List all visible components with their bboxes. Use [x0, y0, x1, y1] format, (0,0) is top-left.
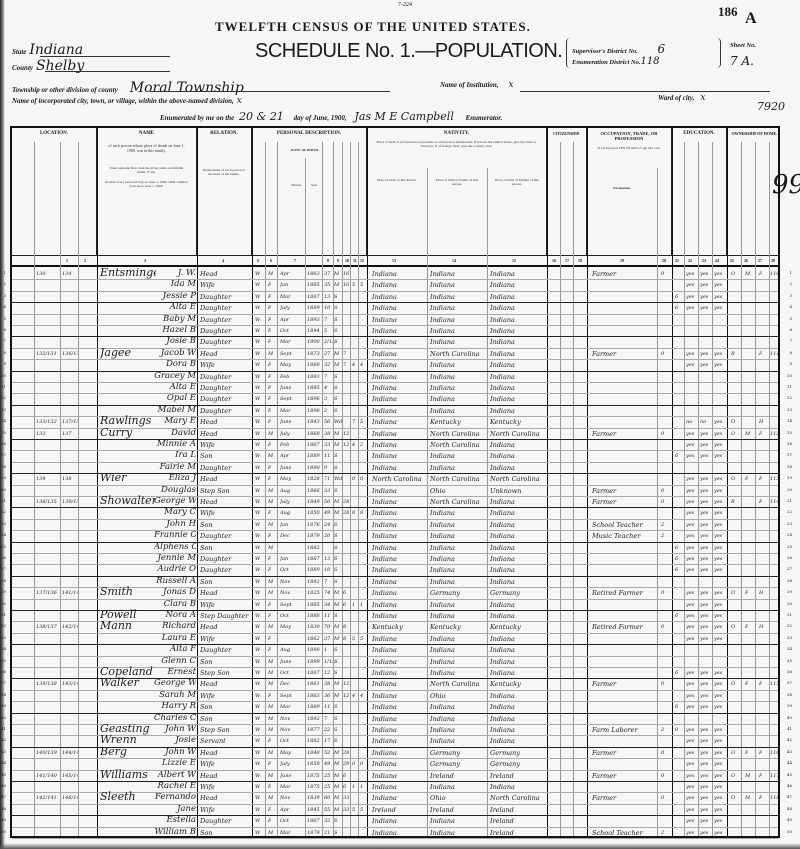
given-name: J. W. [154, 268, 196, 278]
sex: F [268, 738, 271, 744]
birthplace-mother: Indiana [490, 361, 547, 369]
relation: Head [200, 589, 252, 597]
age: 11 [324, 453, 333, 459]
birth-month: Sept [280, 351, 305, 357]
birth-year: 1896 [307, 396, 322, 402]
sex: F [268, 408, 271, 414]
sex: M [268, 271, 273, 277]
birth-year: 1839 [307, 795, 322, 801]
birth-month: Apr [280, 453, 305, 459]
relation: Head [200, 623, 252, 631]
can-write: yes [700, 784, 712, 790]
line-number-right: 2 [789, 281, 792, 286]
table-row: 37 139/138 143/142 Walker George W Head … [12, 679, 778, 690]
birth-month: May [280, 476, 305, 482]
table-row: 19 134 138 Wier Eliza J Head W F May 182… [12, 474, 778, 485]
table-row: 1 130 134 Entsminger J. W. Head W M Apr … [12, 269, 778, 280]
line-number-right: 27 [787, 566, 792, 571]
color: W [255, 419, 260, 425]
line-number: 7 [0, 338, 6, 343]
age: 5 [324, 328, 333, 334]
sex: M [268, 795, 273, 801]
given-name: Jennie M [154, 553, 196, 563]
farm-house: F [759, 750, 762, 756]
age: 35 [324, 282, 333, 288]
enumeration-label: Enumeration District No. [572, 59, 640, 66]
birth-month: May [280, 750, 305, 756]
line-number: 26 [0, 555, 6, 560]
age: 52 [324, 750, 333, 756]
line-number: 47 [0, 794, 6, 799]
birthplace-mother: Indiana [490, 464, 547, 472]
attended-school: 0 [675, 727, 678, 733]
birth-year: 1900 [307, 339, 322, 345]
farm-schedule: 115 [770, 681, 782, 687]
marital: S [334, 374, 342, 380]
sex: F [268, 282, 271, 288]
birthplace-father: Indiana [430, 829, 487, 837]
marital: S [334, 408, 342, 414]
birth-month: June [280, 773, 305, 779]
birthplace-person: Indiana [372, 373, 427, 381]
institution-field: Name of Institution,x [440, 80, 514, 90]
color: W [255, 567, 260, 573]
given-name: Sarah M [154, 690, 196, 700]
sex: M [268, 453, 273, 459]
marital: S [334, 830, 342, 836]
can-write: yes [700, 282, 712, 288]
can-write: yes [700, 590, 712, 596]
age: 24 [324, 522, 333, 528]
mother-of: 0 [352, 761, 358, 767]
birthplace-person: Indiana [372, 350, 427, 358]
birthplace-father: Indiana [430, 338, 487, 346]
marital: M [334, 271, 342, 277]
supervisor-district: Supervisor's District No. 6 [572, 42, 665, 56]
given-name: William B [154, 827, 196, 837]
birthplace-person: Indiana [372, 703, 427, 711]
can-speak-english: yes [714, 590, 726, 596]
given-name: Opal E [154, 393, 196, 403]
birth-year: 1899 [307, 659, 322, 665]
years-married: 12 [343, 681, 350, 687]
birth-year: 1887 [307, 294, 322, 300]
color: W [255, 271, 260, 277]
birth-year: 1862 [307, 636, 322, 642]
line-number-right: 44 [787, 760, 792, 765]
line-number-right: 15 [787, 430, 792, 435]
relation: Wife [200, 441, 252, 449]
birth-month: Sept [280, 693, 305, 699]
birthplace-father: Kentucky [430, 623, 487, 631]
can-speak-english: yes [714, 499, 726, 505]
sex: F [268, 510, 271, 516]
line-number: 45 [0, 772, 6, 777]
birthplace-person: Indiana [372, 418, 427, 426]
birthplace-person: Indiana [372, 829, 427, 837]
line-number-right: 40 [787, 715, 792, 720]
line-number: 40 [0, 715, 6, 720]
can-write: yes [700, 271, 712, 277]
line-number-right: 47 [787, 794, 792, 799]
age: 10 [324, 567, 333, 573]
can-read: yes [686, 670, 698, 676]
age: 21 [324, 830, 333, 836]
given-name: Ernest [154, 667, 196, 677]
farm-house: F [759, 773, 762, 779]
age: 12 [324, 670, 333, 676]
birthplace-father: Indiana [430, 384, 487, 392]
can-write: yes [700, 556, 712, 562]
can-speak-english: yes [714, 818, 726, 824]
birthplace-father: Indiana [430, 601, 487, 609]
sex: M [268, 659, 273, 665]
birthplace-mother: Indiana [490, 612, 547, 620]
can-speak-english: yes [714, 727, 726, 733]
given-name: George W [154, 496, 196, 506]
line-number: 20 [0, 487, 6, 492]
years-married: 8 [343, 624, 350, 630]
can-read: yes [686, 271, 698, 277]
birthplace-father: Indiana [430, 578, 487, 586]
line-number: 21 [0, 498, 6, 503]
birthplace-mother: Indiana [490, 737, 547, 745]
can-write: yes [700, 761, 712, 767]
given-name: Charles C [154, 713, 196, 723]
ward-value: x [700, 93, 705, 103]
sex: M [268, 499, 273, 505]
line-number: 19 [0, 475, 6, 480]
line-number: 46 [0, 783, 6, 788]
relation: Head [200, 794, 252, 802]
given-name: Clara B [154, 599, 196, 609]
family-number: 139/139 [62, 499, 78, 505]
birth-month: June [280, 659, 305, 665]
sex: M [268, 522, 273, 528]
birth-year: 1868 [307, 431, 322, 437]
surname: Wier [100, 471, 156, 484]
sex: F [268, 476, 271, 482]
can-speak-english: yes [714, 761, 726, 767]
age: 13 [324, 294, 333, 300]
line-number-right: 20 [787, 487, 792, 492]
scan-left-edge [0, 0, 5, 849]
color: W [255, 556, 260, 562]
marital: M [334, 499, 342, 505]
relation: Wife [200, 806, 252, 814]
birthplace-mother: Kentucky [490, 623, 547, 631]
occupation: Farmer [592, 498, 657, 506]
line-number: 27 [0, 566, 6, 571]
dwelling-number: 142/141 [36, 795, 59, 801]
marital: S [334, 453, 342, 459]
line-number: 23 [0, 521, 6, 526]
color: W [255, 647, 260, 653]
free-mortgaged: M [745, 271, 750, 277]
line-number-right: 46 [787, 783, 792, 788]
birth-month: Mar [280, 704, 305, 710]
can-speak-english: yes [714, 522, 726, 528]
birthplace-mother: Indiana [490, 555, 547, 563]
birthplace-mother: Ireland [490, 772, 547, 780]
marital: S [334, 305, 342, 311]
given-name: Rachel E [154, 781, 196, 791]
line-number: 5 [0, 316, 6, 321]
surname: Sleeth [100, 790, 156, 803]
line-number-right: 45 [787, 772, 792, 777]
ward-label: Ward of city, [658, 94, 694, 102]
birthplace-mother: Indiana [490, 327, 547, 335]
free-mortgaged: M [745, 795, 750, 801]
given-name: Mary E [154, 416, 196, 426]
months-not-employed: 0 [661, 681, 664, 687]
months-not-employed: 2 [661, 830, 664, 836]
line-number-right: 48 [787, 806, 792, 811]
owned-rented: O [731, 624, 735, 630]
given-name: Douglas [154, 485, 196, 495]
can-speak-english: yes [714, 453, 726, 459]
sex: F [268, 636, 271, 642]
birth-month: Feb [280, 374, 305, 380]
color: W [255, 385, 260, 391]
relation: Son [200, 829, 252, 837]
birth-year: 1893 [307, 374, 322, 380]
birthplace-mother: Indiana [490, 601, 547, 609]
dwelling-number: 138/137 [36, 624, 59, 630]
relation: Head [200, 680, 252, 688]
birthplace-person: Indiana [372, 532, 427, 540]
marital: M [334, 351, 342, 357]
birthplace-person: Indiana [372, 658, 427, 666]
relation: Son [200, 544, 252, 552]
farm-schedule: 113 [770, 476, 782, 482]
birthplace-father: Indiana [430, 407, 487, 415]
dwelling-number: 130 [36, 271, 59, 277]
children-living: 5 [360, 636, 366, 642]
can-write: yes [700, 795, 712, 801]
line-number-right: 42 [787, 737, 792, 742]
line-number: 24 [0, 532, 6, 537]
dwelling-number: 133 [36, 431, 59, 437]
relation: Wife [200, 361, 252, 369]
birthplace-person: Indiana [372, 487, 427, 495]
marital: S [334, 818, 342, 824]
birth-year: 1898 [307, 647, 322, 653]
age: 22 [324, 727, 333, 733]
children-living: 5 [360, 807, 366, 813]
color: W [255, 522, 260, 528]
supervisor-value: 6 [658, 42, 666, 56]
line-number-right: 21 [787, 498, 792, 503]
children-living: 8 [360, 510, 366, 516]
marital: S [334, 716, 342, 722]
birthplace-person: Indiana [372, 555, 427, 563]
age: 60 [324, 795, 333, 801]
line-number: 37 [0, 680, 6, 685]
birth-year: 1889 [307, 704, 322, 710]
table-row: 5 Baby M Daughter W F Apr 1893 7 S India… [12, 315, 778, 326]
can-read: yes [686, 602, 698, 608]
marital: M [334, 750, 342, 756]
can-write: yes [700, 488, 712, 494]
relation: Daughter [200, 293, 252, 301]
birth-month: Apr [280, 317, 305, 323]
color: W [255, 499, 260, 505]
table-row: 49 Estella Daughter W F Oct 1867 32 S In… [12, 816, 778, 827]
birthplace-father: Indiana [430, 635, 487, 643]
birth-year: 1865 [307, 602, 322, 608]
birth-month: Nov [280, 795, 305, 801]
line-number: 44 [0, 760, 6, 765]
line-number-right: 14 [787, 418, 792, 423]
can-speak-english: yes [714, 282, 726, 288]
birth-month: Dec [280, 533, 305, 539]
line-number: 8 [0, 350, 6, 355]
table-row: 16 Minnie A Wife W F Feb 1867 33 M 12 4 … [12, 440, 778, 451]
can-write: yes [700, 533, 712, 539]
age: 74 [324, 590, 333, 596]
can-write: yes [700, 476, 712, 482]
dwelling-number: 132/131 [36, 351, 59, 357]
can-write: yes [700, 510, 712, 516]
relation: Daughter [200, 555, 252, 563]
marital: S [334, 567, 342, 573]
birthplace-father: North Carolina [430, 350, 487, 358]
can-write: yes [700, 636, 712, 642]
birthplace-father: Indiana [430, 452, 487, 460]
enumeration-district: Enumeration District No.118 [572, 56, 660, 67]
birthplace-mother: Indiana [490, 281, 547, 289]
can-write: yes [700, 545, 712, 551]
color: W [255, 773, 260, 779]
header-relation: RELATION. Relationship of each person to… [197, 128, 252, 255]
age: 2/12 [324, 339, 333, 345]
can-read: yes [686, 362, 698, 368]
birthplace-person: Indiana [372, 304, 427, 312]
relation: Daughter [200, 384, 252, 392]
birth-year: 1863 [307, 271, 322, 277]
given-name: David [154, 428, 196, 438]
birth-month: Mar [280, 339, 305, 345]
birthplace-father: Indiana [430, 726, 487, 734]
line-number-right: 49 [787, 817, 792, 822]
attended-school: 6 [675, 556, 678, 562]
sex: M [268, 351, 273, 357]
birth-year: 1882 [307, 545, 322, 551]
sex: F [268, 613, 271, 619]
line-number: 14 [0, 418, 6, 423]
can-read: yes [686, 624, 698, 630]
birth-month: June [280, 385, 305, 391]
marital: S [334, 488, 342, 494]
color: W [255, 510, 260, 516]
dwelling-number: 136/135 [36, 499, 59, 505]
can-write: yes [700, 442, 712, 448]
birth-year: 1879 [307, 533, 322, 539]
given-name: Lizzie E [154, 758, 196, 768]
attended-school: 6 [675, 545, 678, 551]
birth-month: Jan [280, 522, 305, 528]
color: W [255, 795, 260, 801]
birth-year: 1865 [307, 282, 322, 288]
institution-label: Name of Institution, [440, 81, 499, 89]
birth-year: 1877 [307, 727, 322, 733]
birthplace-person: Indiana [372, 692, 427, 700]
line-number: 22 [0, 509, 6, 514]
line-number: 1 [0, 270, 6, 275]
birthplace-mother: Indiana [490, 566, 547, 574]
marital: M [334, 590, 342, 596]
birth-year: 1894 [307, 328, 322, 334]
color: W [255, 727, 260, 733]
birth-month: Aug [280, 510, 305, 516]
children-living: 1 [360, 784, 366, 790]
marital: Wd [334, 419, 342, 425]
occupation: Retired Farmer [592, 589, 657, 597]
birthplace-father: Indiana [430, 521, 487, 529]
line-number: 33 [0, 635, 6, 640]
township-underline [150, 91, 390, 92]
header-education: EDUCATION. [672, 128, 727, 255]
free-mortgaged: F [745, 681, 748, 687]
given-name: Alphens C [154, 542, 196, 552]
birthplace-person: Indiana [372, 407, 427, 415]
line-number-right: 18 [787, 464, 792, 469]
birthplace-mother: Indiana [490, 270, 547, 278]
birth-month: Oct [280, 567, 305, 573]
line-number-right: 25 [787, 544, 792, 549]
birthplace-father: Indiana [430, 703, 487, 711]
birthplace-person: Indiana [372, 327, 427, 335]
relation: Servant [200, 737, 252, 745]
sex: M [268, 624, 273, 630]
birthplace-mother: Indiana [490, 452, 547, 460]
sex: F [268, 533, 271, 539]
table-row: 6 Hazel B Daughter W F Oct 1894 5 S Indi… [12, 326, 778, 337]
given-name: Minnie A [154, 439, 196, 449]
birth-month: Oct [280, 818, 305, 824]
table-row: 32 138/137 142/141 Mann Richard Head W M… [12, 622, 778, 633]
farm-house: H [759, 419, 763, 425]
color: W [255, 818, 260, 824]
birthplace-father: Ireland [430, 772, 487, 780]
line-number: 34 [0, 646, 6, 651]
family-number: 136/135 [62, 351, 78, 357]
birth-month: Jan [280, 282, 305, 288]
relation: Daughter [200, 316, 252, 324]
months-not-employed: 2 [661, 522, 664, 528]
color: W [255, 670, 260, 676]
mother-of: 5 [352, 282, 358, 288]
can-speak-english: yes [714, 545, 726, 551]
months-not-employed: 0 [661, 351, 664, 357]
birth-year: 1843 [307, 419, 322, 425]
marital: S [334, 727, 342, 733]
sex: F [268, 374, 271, 380]
given-name: Jacob W [154, 348, 196, 358]
sex: F [268, 328, 271, 334]
birth-month: Feb [280, 442, 305, 448]
can-write: yes [700, 807, 712, 813]
can-write: yes [700, 351, 712, 357]
dwelling-number: 140/139 [36, 750, 59, 756]
marital: M [334, 761, 342, 767]
birth-month: Aug [280, 647, 305, 653]
table-row: 22 Mary C Wife W F Aug 1850 49 M 28 8 8 … [12, 508, 778, 519]
age: 7 [324, 317, 333, 323]
township-value: Moral Township [130, 80, 244, 96]
occupation: Farmer [592, 487, 657, 495]
